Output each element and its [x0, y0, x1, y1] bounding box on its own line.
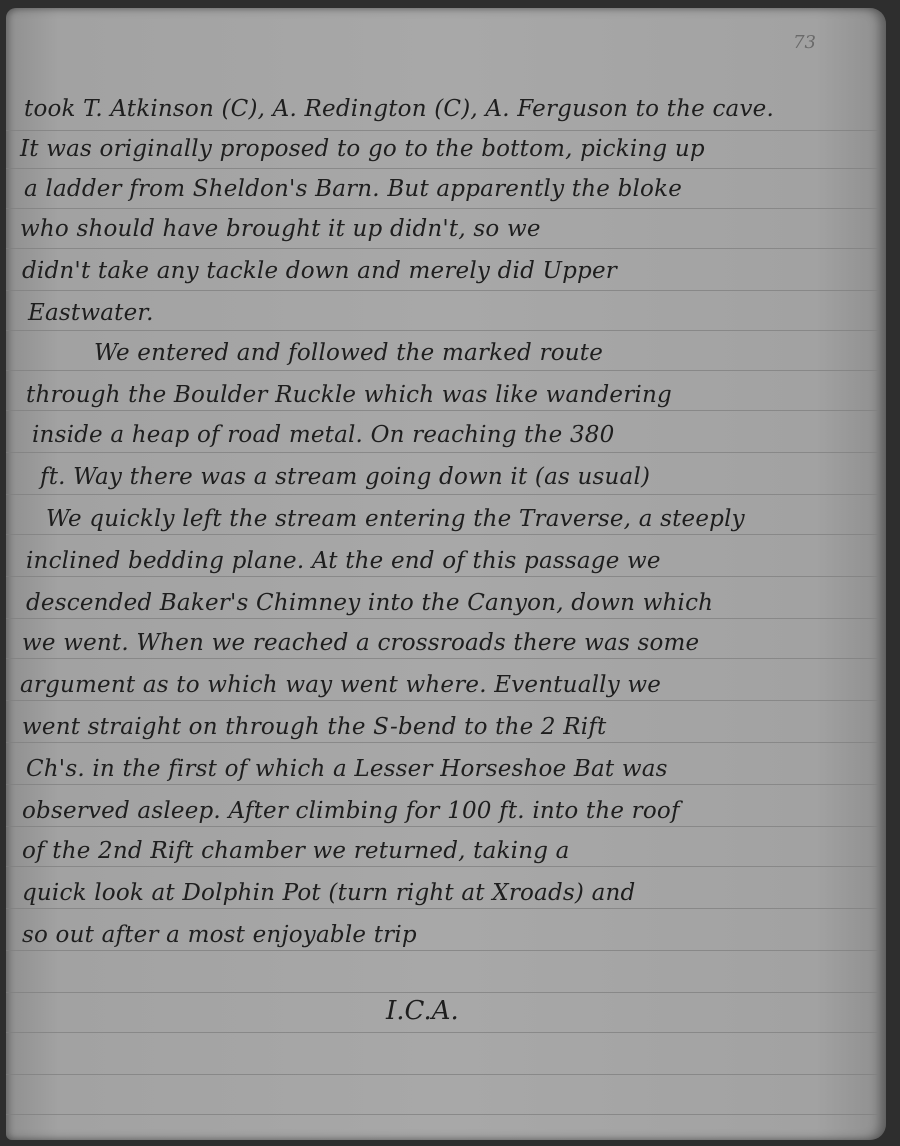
ruled-line: [6, 130, 878, 131]
text-line: observed asleep. After climbing for 100 …: [22, 798, 680, 824]
ruled-line: [6, 1032, 878, 1033]
ruled-line: [6, 494, 878, 495]
text-line: of the 2nd Rift chamber we returned, tak…: [22, 838, 570, 864]
ruled-line: [6, 658, 878, 659]
text-line: quick look at Dolphin Pot (turn right at…: [22, 880, 635, 906]
text-line: who should have brought it up didn't, so…: [20, 216, 541, 242]
ruled-line: [6, 784, 878, 785]
ruled-line: [6, 1114, 878, 1115]
ruled-line: [6, 208, 878, 209]
signature: I.C.A.: [386, 996, 459, 1026]
ruled-line: [6, 908, 878, 909]
text-line: Ch's. in the first of which a Lesser Hor…: [26, 756, 668, 782]
text-line: We quickly left the stream entering the …: [46, 506, 745, 532]
text-line: so out after a most enjoyable trip: [22, 922, 417, 948]
text-line: argument as to which way went where. Eve…: [20, 672, 661, 698]
text-line: went straight on through the S-bend to t…: [22, 714, 606, 740]
text-line: a ladder from Sheldon's Barn. But appare…: [24, 176, 682, 202]
ruled-line: [6, 992, 878, 993]
ruled-line: [6, 168, 878, 169]
ruled-line: [6, 742, 878, 743]
ruled-line: [6, 410, 878, 411]
text-line: Eastwater.: [28, 300, 154, 326]
ruled-line: [6, 1074, 878, 1075]
text-line: descended Baker's Chimney into the Canyo…: [26, 590, 713, 616]
text-line: took T. Atkinson (C), A. Redington (C), …: [24, 96, 774, 122]
text-line: inside a heap of road metal. On reaching…: [32, 422, 614, 448]
ruled-line: [6, 370, 878, 371]
notebook-page: 73 took T. Atkinson (C), A. Redington (C…: [6, 8, 886, 1140]
ruled-line: [6, 452, 878, 453]
ruled-line: [6, 618, 878, 619]
page-number: 73: [793, 32, 816, 53]
text-line: It was originally proposed to go to the …: [20, 136, 705, 162]
ruled-line: [6, 290, 878, 291]
ruled-line: [6, 330, 878, 331]
ruled-line: [6, 248, 878, 249]
text-line: ft. Way there was a stream going down it…: [40, 464, 650, 490]
text-line: inclined bedding plane. At the end of th…: [26, 548, 661, 574]
ruled-line: [6, 534, 878, 535]
text-line: through the Boulder Ruckle which was lik…: [26, 382, 672, 408]
ruled-line: [6, 700, 878, 701]
ruled-line: [6, 576, 878, 577]
ruled-line: [6, 866, 878, 867]
text-line: We entered and followed the marked route: [94, 340, 603, 366]
ruled-line: [6, 826, 878, 827]
text-line: didn't take any tackle down and merely d…: [22, 258, 617, 284]
text-line: we went. When we reached a crossroads th…: [22, 630, 699, 656]
ruled-line: [6, 950, 878, 951]
